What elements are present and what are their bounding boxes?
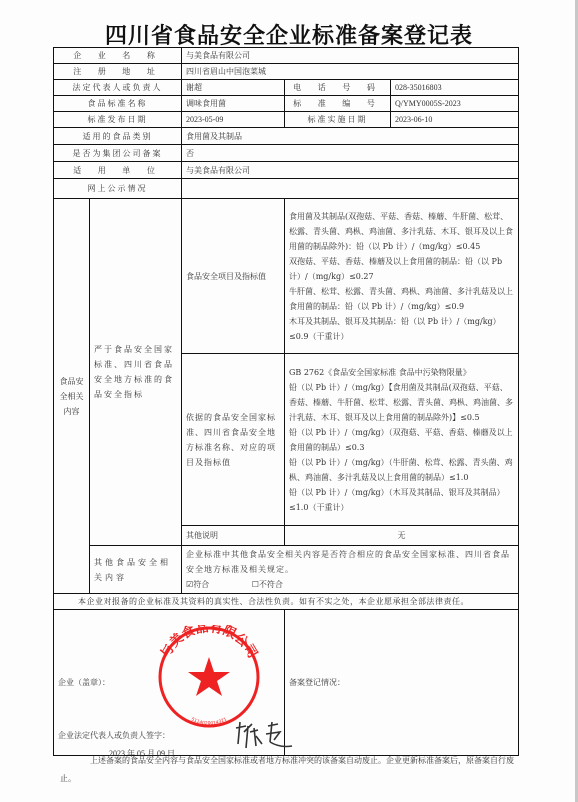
basis-line: GB 2762《食品安全国家标准 食品中污染物限量》 — [289, 365, 514, 380]
safety-item-line: 木耳及其制品、银耳及其制品：铅（以 Pb 计）/（mg/kg）≤0.9（干重计） — [289, 314, 514, 344]
applicable-unit-value: 与美食品有限公司 — [182, 162, 519, 179]
applicable-unit-label: 适 用 单 位 — [54, 162, 182, 179]
declaration: 本企业对报备的企业标准及其资料的真实性、合法性负责。如有不实之处，本企业愿承担全… — [54, 594, 519, 610]
category-label: 适用的食品类别 — [54, 128, 182, 145]
legal-rep-value: 谢超 — [182, 80, 285, 96]
std-name-label: 食品标准名称 — [54, 96, 182, 112]
category-value: 食用菌及其制品 — [182, 128, 519, 145]
release-date-value: 2023-05-09 — [182, 112, 285, 128]
other-notes-value: 无 — [285, 526, 519, 546]
effective-date-value: 2023-06-10 — [391, 112, 519, 128]
company-name-label: 企 业 名 称 — [54, 48, 182, 64]
basis-standards-label: 依据的食品安全国家标准、四川省食品安全地方标准名称、对应的项目及指标值 — [182, 354, 285, 526]
conform-checkbox[interactable]: ☑符合 — [186, 577, 209, 592]
basis-line: 铅（以 Pb 计）/（mg/kg）（木耳及其制品、银耳及其制品）≤1.0（干重计… — [289, 485, 514, 515]
safety-items-value: 食用菌及其制品(双孢菇、平菇、香菇、榛蘑、牛肝菌、松茸、松露、青头菌、鸡枞、鸡油… — [285, 199, 519, 354]
other-content-value: 企业标准中其他食品安全相关内容是否符合相应的食品安全国家标准、四川省食品安全地方… — [182, 546, 519, 594]
company-name-value: 与美食品有限公司 — [182, 48, 519, 64]
safety-items-label: 食品安全项目及指标值 — [182, 199, 285, 354]
basis-line: 铅（以 Pb 计）/（mg/kg）（双孢菇、平菇、香菇、榛蘑及以上食用菌的制品）… — [289, 425, 514, 455]
effective-date-label: 标准实施日期 — [285, 112, 391, 128]
page-title: 四川省食品安全企业标准备案登记表 — [0, 19, 578, 50]
basis-line: 铅（以 Pb 计）/（mg/kg）【食用菌及其制品(双孢菇、平菇、香菇、榛蘑、牛… — [289, 380, 514, 425]
basis-standards-value: GB 2762《食品安全国家标准 食品中污染物限量》 铅（以 Pb 计）/（mg… — [285, 354, 519, 526]
std-number-label: 标 准 编 号 — [285, 96, 391, 112]
seal-area: 企业（盖章）： 与美食品有限公司 5114020014321 企业法定代表人或负… — [54, 610, 285, 756]
other-content-label: 其他食品安全相关内容 — [90, 546, 182, 594]
std-name-value: 调味食用菌 — [182, 96, 285, 112]
release-date-label: 标准发布日期 — [54, 112, 182, 128]
svg-text:与美食品有限公司: 与美食品有限公司 — [157, 625, 260, 661]
phone-value: 028-35016803 — [391, 80, 519, 96]
other-content-text: 企业标准中其他食品安全相关内容是否符合相应的食品安全国家标准、四川省食品安全地方… — [186, 547, 514, 577]
online-notice-value — [182, 179, 519, 199]
footnote: 上述备案的食品安全内容与食品安全国家标准或者地方标准冲突的该备案自动废止。企业更… — [60, 752, 520, 788]
safety-item-line: 牛肝菌、松茸、松露、青头菌、鸡枞、鸡油菌、多汁乳菇及以上食用菌的制品：铅（以 P… — [289, 284, 514, 314]
group-filing-value: 否 — [182, 145, 519, 162]
nonconform-checkbox[interactable]: ☐不符合 — [252, 577, 283, 592]
company-seal-stamp: 与美食品有限公司 5114020014321 — [148, 625, 270, 729]
other-notes-label: 其他说明 — [182, 526, 285, 546]
stamp-text: 与美食品有限公司 — [157, 625, 260, 661]
safety-section-label: 食品安全相关内容 — [54, 199, 90, 594]
signature-label: 企业法定代表人或负责人签字： — [58, 728, 170, 743]
basis-line: 铅（以 Pb 计）/（mg/kg）（牛肝菌、松茸、松露、青头菌、鸡枞、鸡油菌、多… — [289, 455, 514, 485]
address-label: 注 册 地 址 — [54, 64, 182, 80]
phone-label: 电 话 号 码 — [285, 80, 391, 96]
legal-rep-label: 法定代表人或负责人 — [54, 80, 182, 96]
address-value: 四川省眉山中国泡菜城 — [182, 64, 519, 80]
filing-status-label: 备案登记情况： — [289, 675, 514, 690]
stricter-indicators-label: 严于食品安全国家标准、四川省食品安全地方标准的食品安全指标 — [90, 199, 182, 546]
online-notice-label: 网上公示情况 — [54, 179, 182, 199]
group-filing-label: 是否为集团公司备案 — [54, 145, 182, 162]
std-number-value: Q/YMY0005S-2023 — [391, 96, 519, 112]
filing-status-area: 备案登记情况： — [285, 610, 519, 756]
registration-form: 企 业 名 称 与美食品有限公司 注 册 地 址 四川省眉山中国泡菜城 法定代表… — [53, 47, 519, 756]
safety-item-line: 食用菌及其制品(双孢菇、平菇、香菇、榛蘑、牛肝菌、松茸、松露、青头菌、鸡枞、鸡油… — [289, 209, 514, 254]
safety-item-line: 双孢菇、平菇、香菇、榛蘑及以上食用菌的制品：铅（以 Pb 计）/（mg/kg）≤… — [289, 254, 514, 284]
